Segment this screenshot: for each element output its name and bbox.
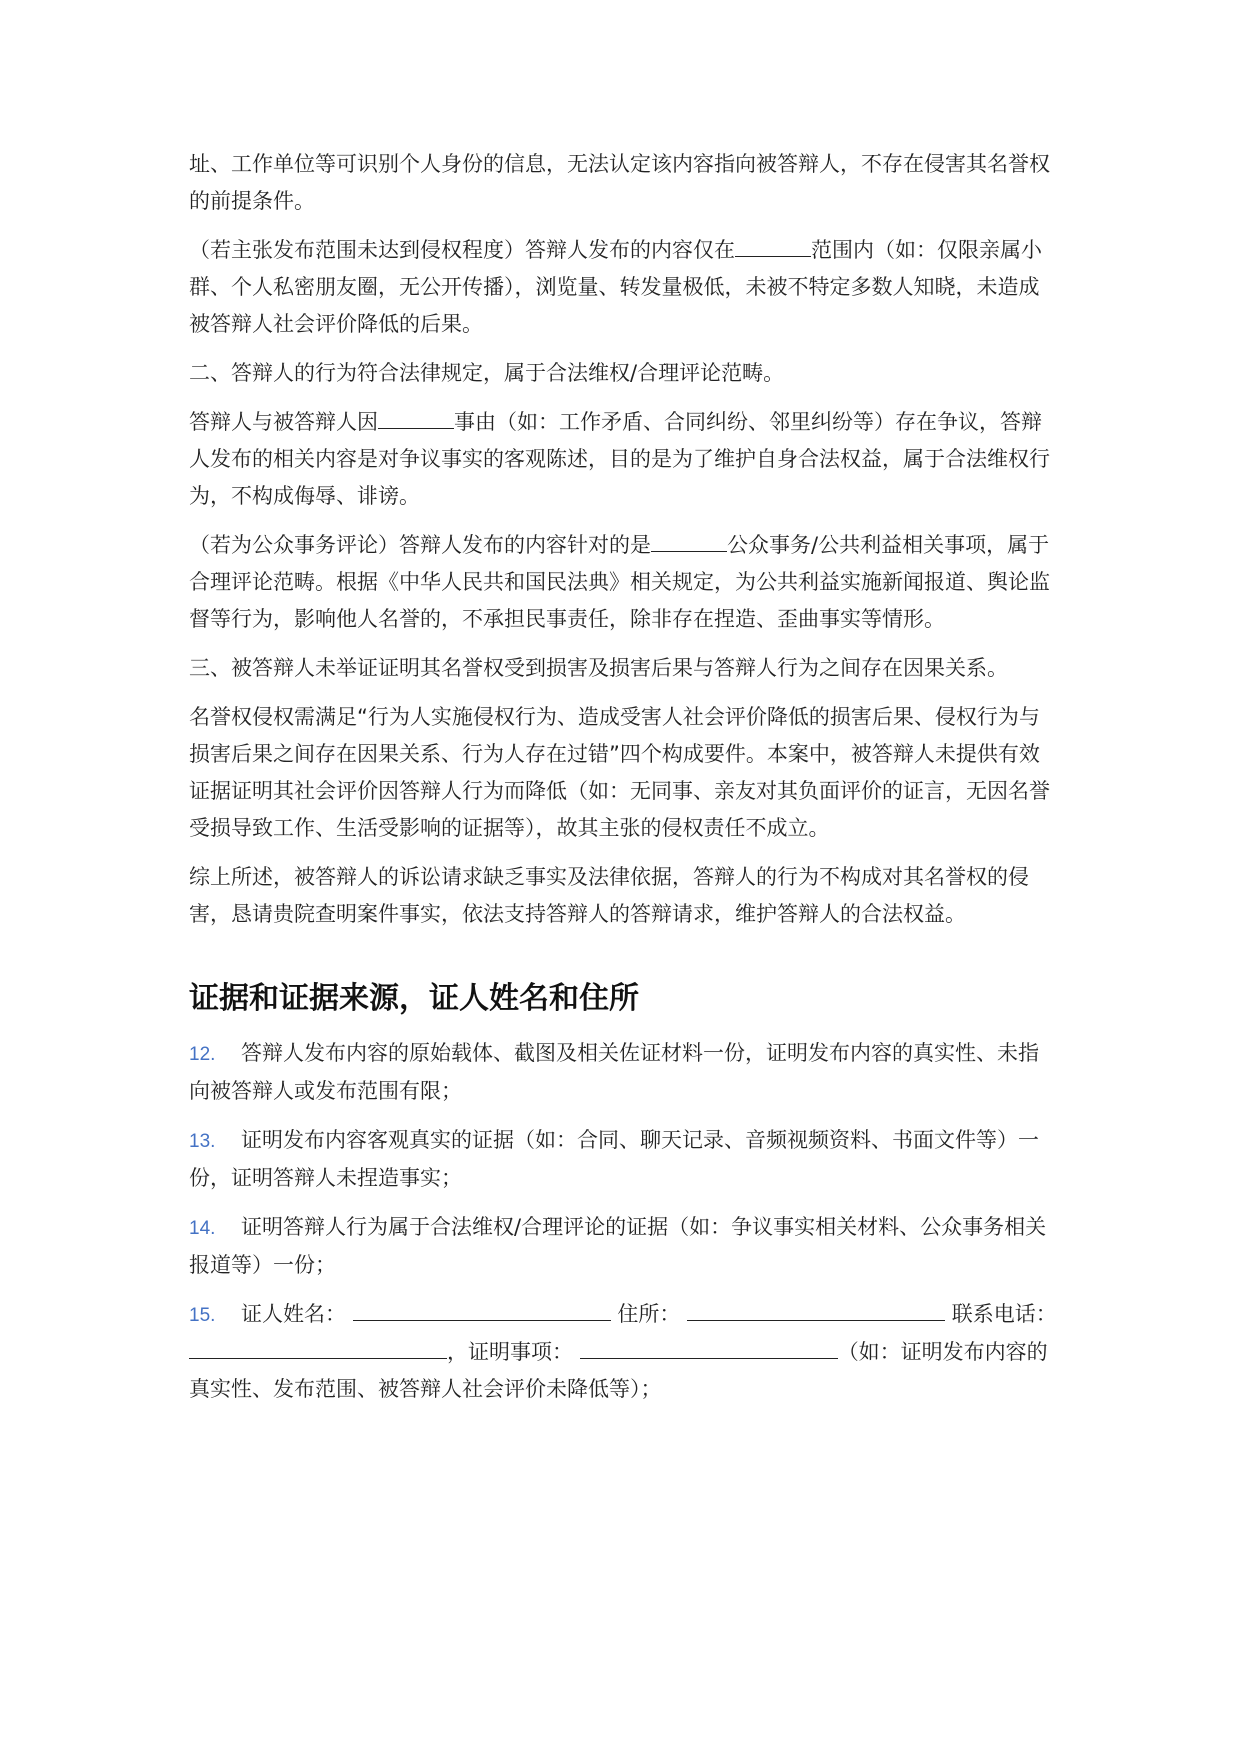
section-heading: 证据和证据来源，证人姓名和住所 bbox=[189, 977, 1059, 1021]
witness-name-blank[interactable] bbox=[353, 1300, 611, 1321]
witness-address-label: 住所： bbox=[617, 1302, 680, 1326]
list-number: 12. bbox=[189, 1036, 241, 1073]
witness-item: 15.证人姓名： 住所： 联系电话： ，证明事项： （如：证明发布内容的真实性、… bbox=[189, 1296, 1059, 1408]
item-text: 证明发布内容客观真实的证据（如：合同、聊天记录、音频视频资料、书面文件等）一份，… bbox=[189, 1128, 1039, 1190]
evidence-item: 13.证明发布内容客观真实的证据（如：合同、聊天记录、音频视频资料、书面文件等）… bbox=[189, 1122, 1059, 1197]
text: 答辩人与被答辩人因 bbox=[189, 410, 378, 434]
text: （若主张发布范围未达到侵权程度）答辩人发布的内容仅在 bbox=[189, 238, 735, 262]
witness-name-label: 证人姓名： bbox=[241, 1302, 346, 1326]
heading-point-three: 三、被答辩人未举证证明其名誉权受到损害及损害后果与答辩人行为之间存在因果关系。 bbox=[189, 650, 1059, 687]
list-number: 15. bbox=[189, 1297, 241, 1334]
heading-point-two: 二、答辩人的行为符合法律规定，属于合法维权/合理评论范畴。 bbox=[189, 355, 1059, 392]
witness-matter-label: 证明事项： bbox=[468, 1340, 573, 1364]
comma: ， bbox=[447, 1340, 468, 1364]
paragraph-conclusion: 综上所述，被答辩人的诉讼请求缺乏事实及法律依据，答辩人的行为不构成对其名誉权的侵… bbox=[189, 859, 1059, 933]
paragraph-dispute: 答辩人与被答辩人因事由（如：工作矛盾、合同纠纷、邻里纠纷等）存在争议，答辩人发布… bbox=[189, 404, 1059, 515]
fill-blank[interactable] bbox=[651, 531, 727, 552]
text: （若为公众事务评论）答辩人发布的内容针对的是 bbox=[189, 533, 651, 557]
fill-blank[interactable] bbox=[378, 408, 454, 429]
list-number: 14. bbox=[189, 1210, 241, 1247]
list-number: 13. bbox=[189, 1123, 241, 1160]
paragraph-identity: 址、工作单位等可识别个人身份的信息，无法认定该内容指向被答辩人，不存在侵害其名誉… bbox=[189, 146, 1059, 220]
witness-phone-blank[interactable] bbox=[189, 1338, 447, 1359]
item-text: 答辩人发布内容的原始载体、截图及相关佐证材料一份，证明发布内容的真实性、未指向被… bbox=[189, 1041, 1039, 1103]
witness-matter-blank[interactable] bbox=[580, 1338, 838, 1359]
evidence-item: 12.答辩人发布内容的原始载体、截图及相关佐证材料一份，证明发布内容的真实性、未… bbox=[189, 1035, 1059, 1110]
evidence-item: 14.证明答辩人行为属于合法维权/合理评论的证据（如：争议事实相关材料、公众事务… bbox=[189, 1209, 1059, 1284]
fill-blank[interactable] bbox=[735, 236, 811, 257]
document-page: 址、工作单位等可识别个人身份的信息，无法认定该内容指向被答辩人，不存在侵害其名誉… bbox=[189, 146, 1059, 1420]
paragraph-elements: 名誉权侵权需满足“行为人实施侵权行为、造成受害人社会评价降低的损害后果、侵权行为… bbox=[189, 699, 1059, 847]
item-text: 证明答辩人行为属于合法维权/合理评论的证据（如：争议事实相关材料、公众事务相关报… bbox=[189, 1215, 1046, 1277]
witness-phone-label: 联系电话： bbox=[952, 1302, 1057, 1326]
witness-address-blank[interactable] bbox=[687, 1300, 945, 1321]
paragraph-public-comment: （若为公众事务评论）答辩人发布的内容针对的是公众事务/公共利益相关事项，属于合理… bbox=[189, 527, 1059, 638]
paragraph-scope: （若主张发布范围未达到侵权程度）答辩人发布的内容仅在范围内（如：仅限亲属小群、个… bbox=[189, 232, 1059, 343]
